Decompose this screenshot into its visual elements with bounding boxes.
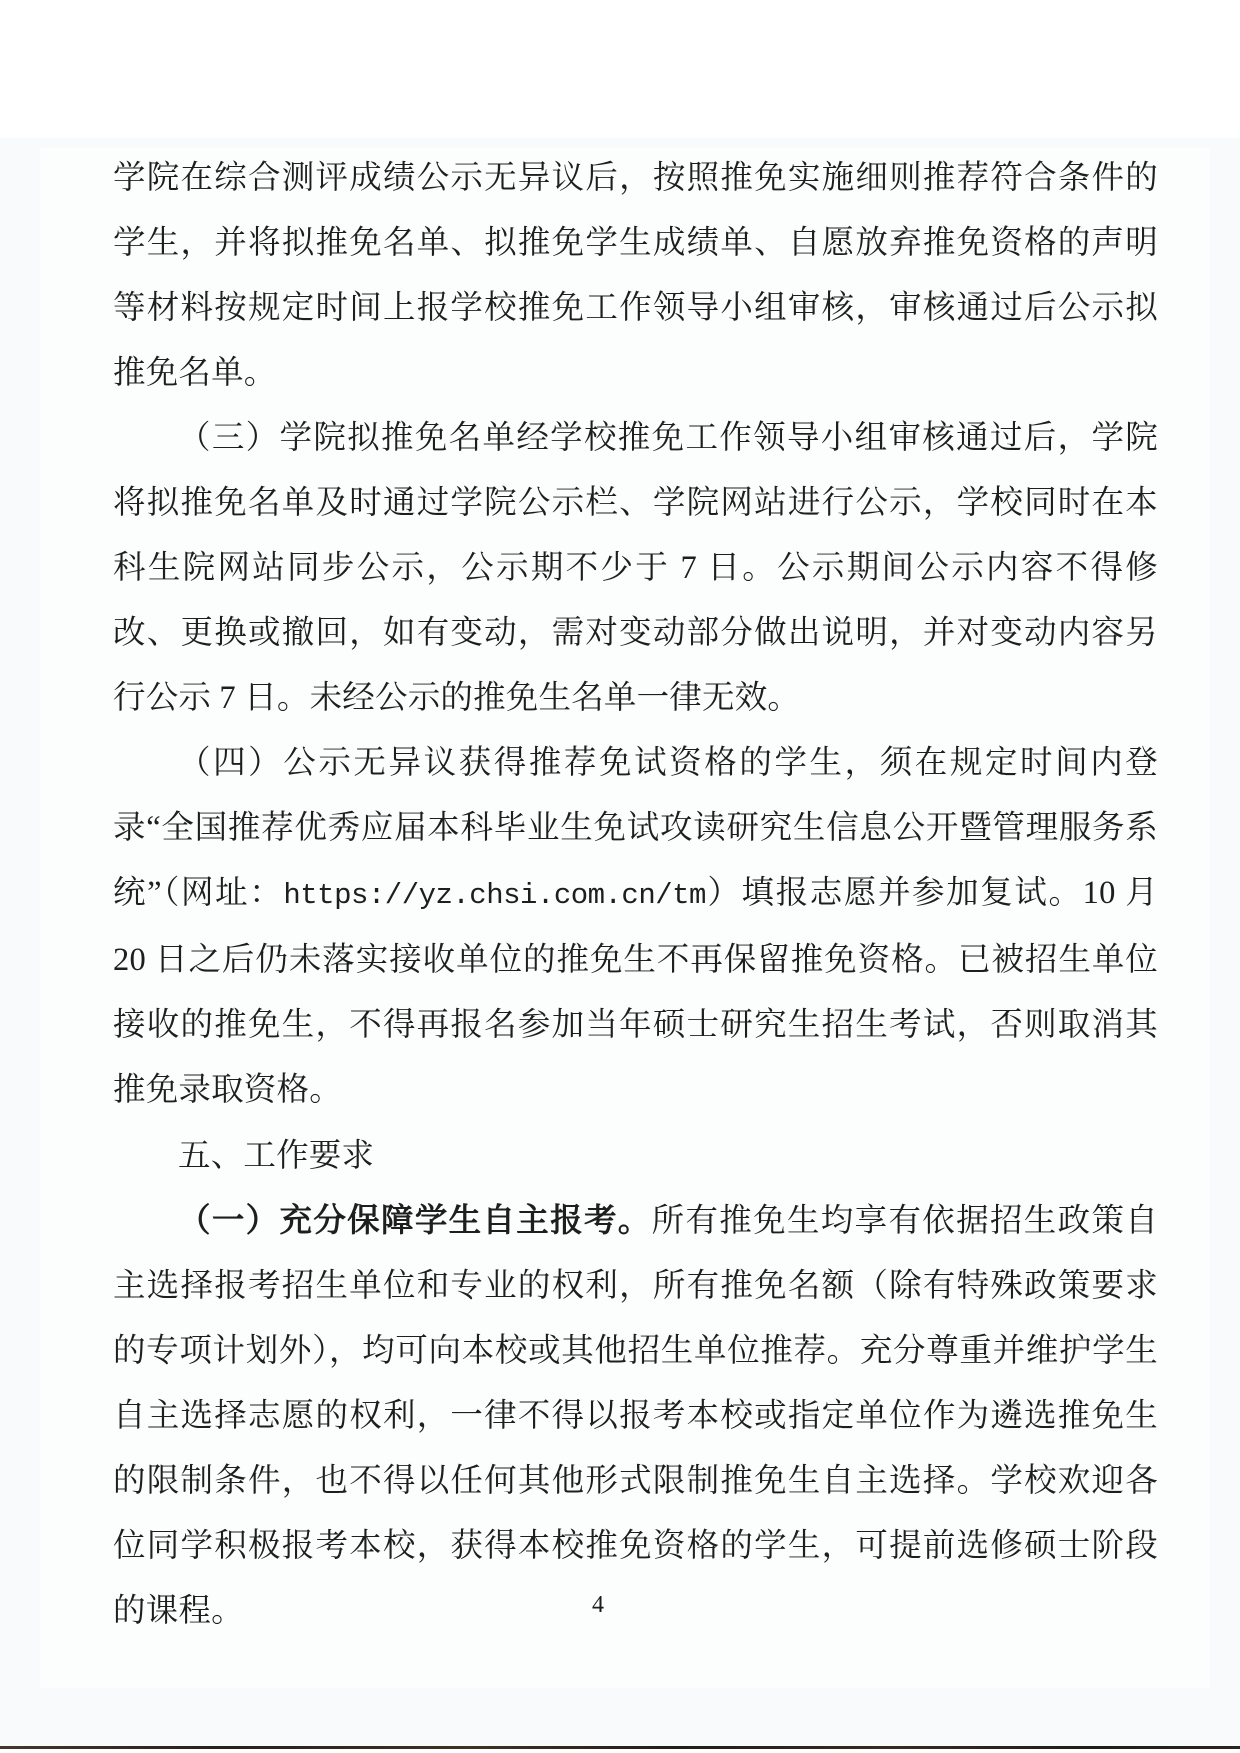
page-number: 4: [0, 1592, 1196, 1619]
paragraph-continuation: 学院在综合测评成绩公示无异议后，按照推免实施细则推荐符合条件的学生，并将拟推免名…: [113, 146, 1158, 406]
paragraph-item-four: （四）公示无异议获得推荐免试资格的学生，须在规定时间内登录“全国推荐优秀应届本科…: [113, 731, 1158, 1123]
section-heading-five: 五、工作要求: [113, 1123, 1158, 1188]
document-body: 学院在综合测评成绩公示无异议后，按照推免实施细则推荐符合条件的学生，并将拟推免名…: [113, 146, 1158, 1644]
paragraph-item-one-bold-lead: （一）充分保障学生自主报考。: [178, 1202, 652, 1238]
paragraph-item-one: （一）充分保障学生自主报考。所有推免生均享有依据招生政策自主选择报考招生单位和专…: [113, 1188, 1158, 1644]
paragraph-item-one-text: 所有推免生均享有依据招生政策自主选择报考招生单位和专业的权利，所有推免名额（除有…: [113, 1203, 1158, 1629]
system-url-text: https://yz.chsi.com.cn/tm: [283, 879, 706, 912]
scan-bottom-edge-line: [0, 1746, 1240, 1749]
paragraph-item-three: （三）学院拟推免名单经学校推免工作领导小组审核通过后，学院将拟推免名单及时通过学…: [113, 406, 1158, 731]
